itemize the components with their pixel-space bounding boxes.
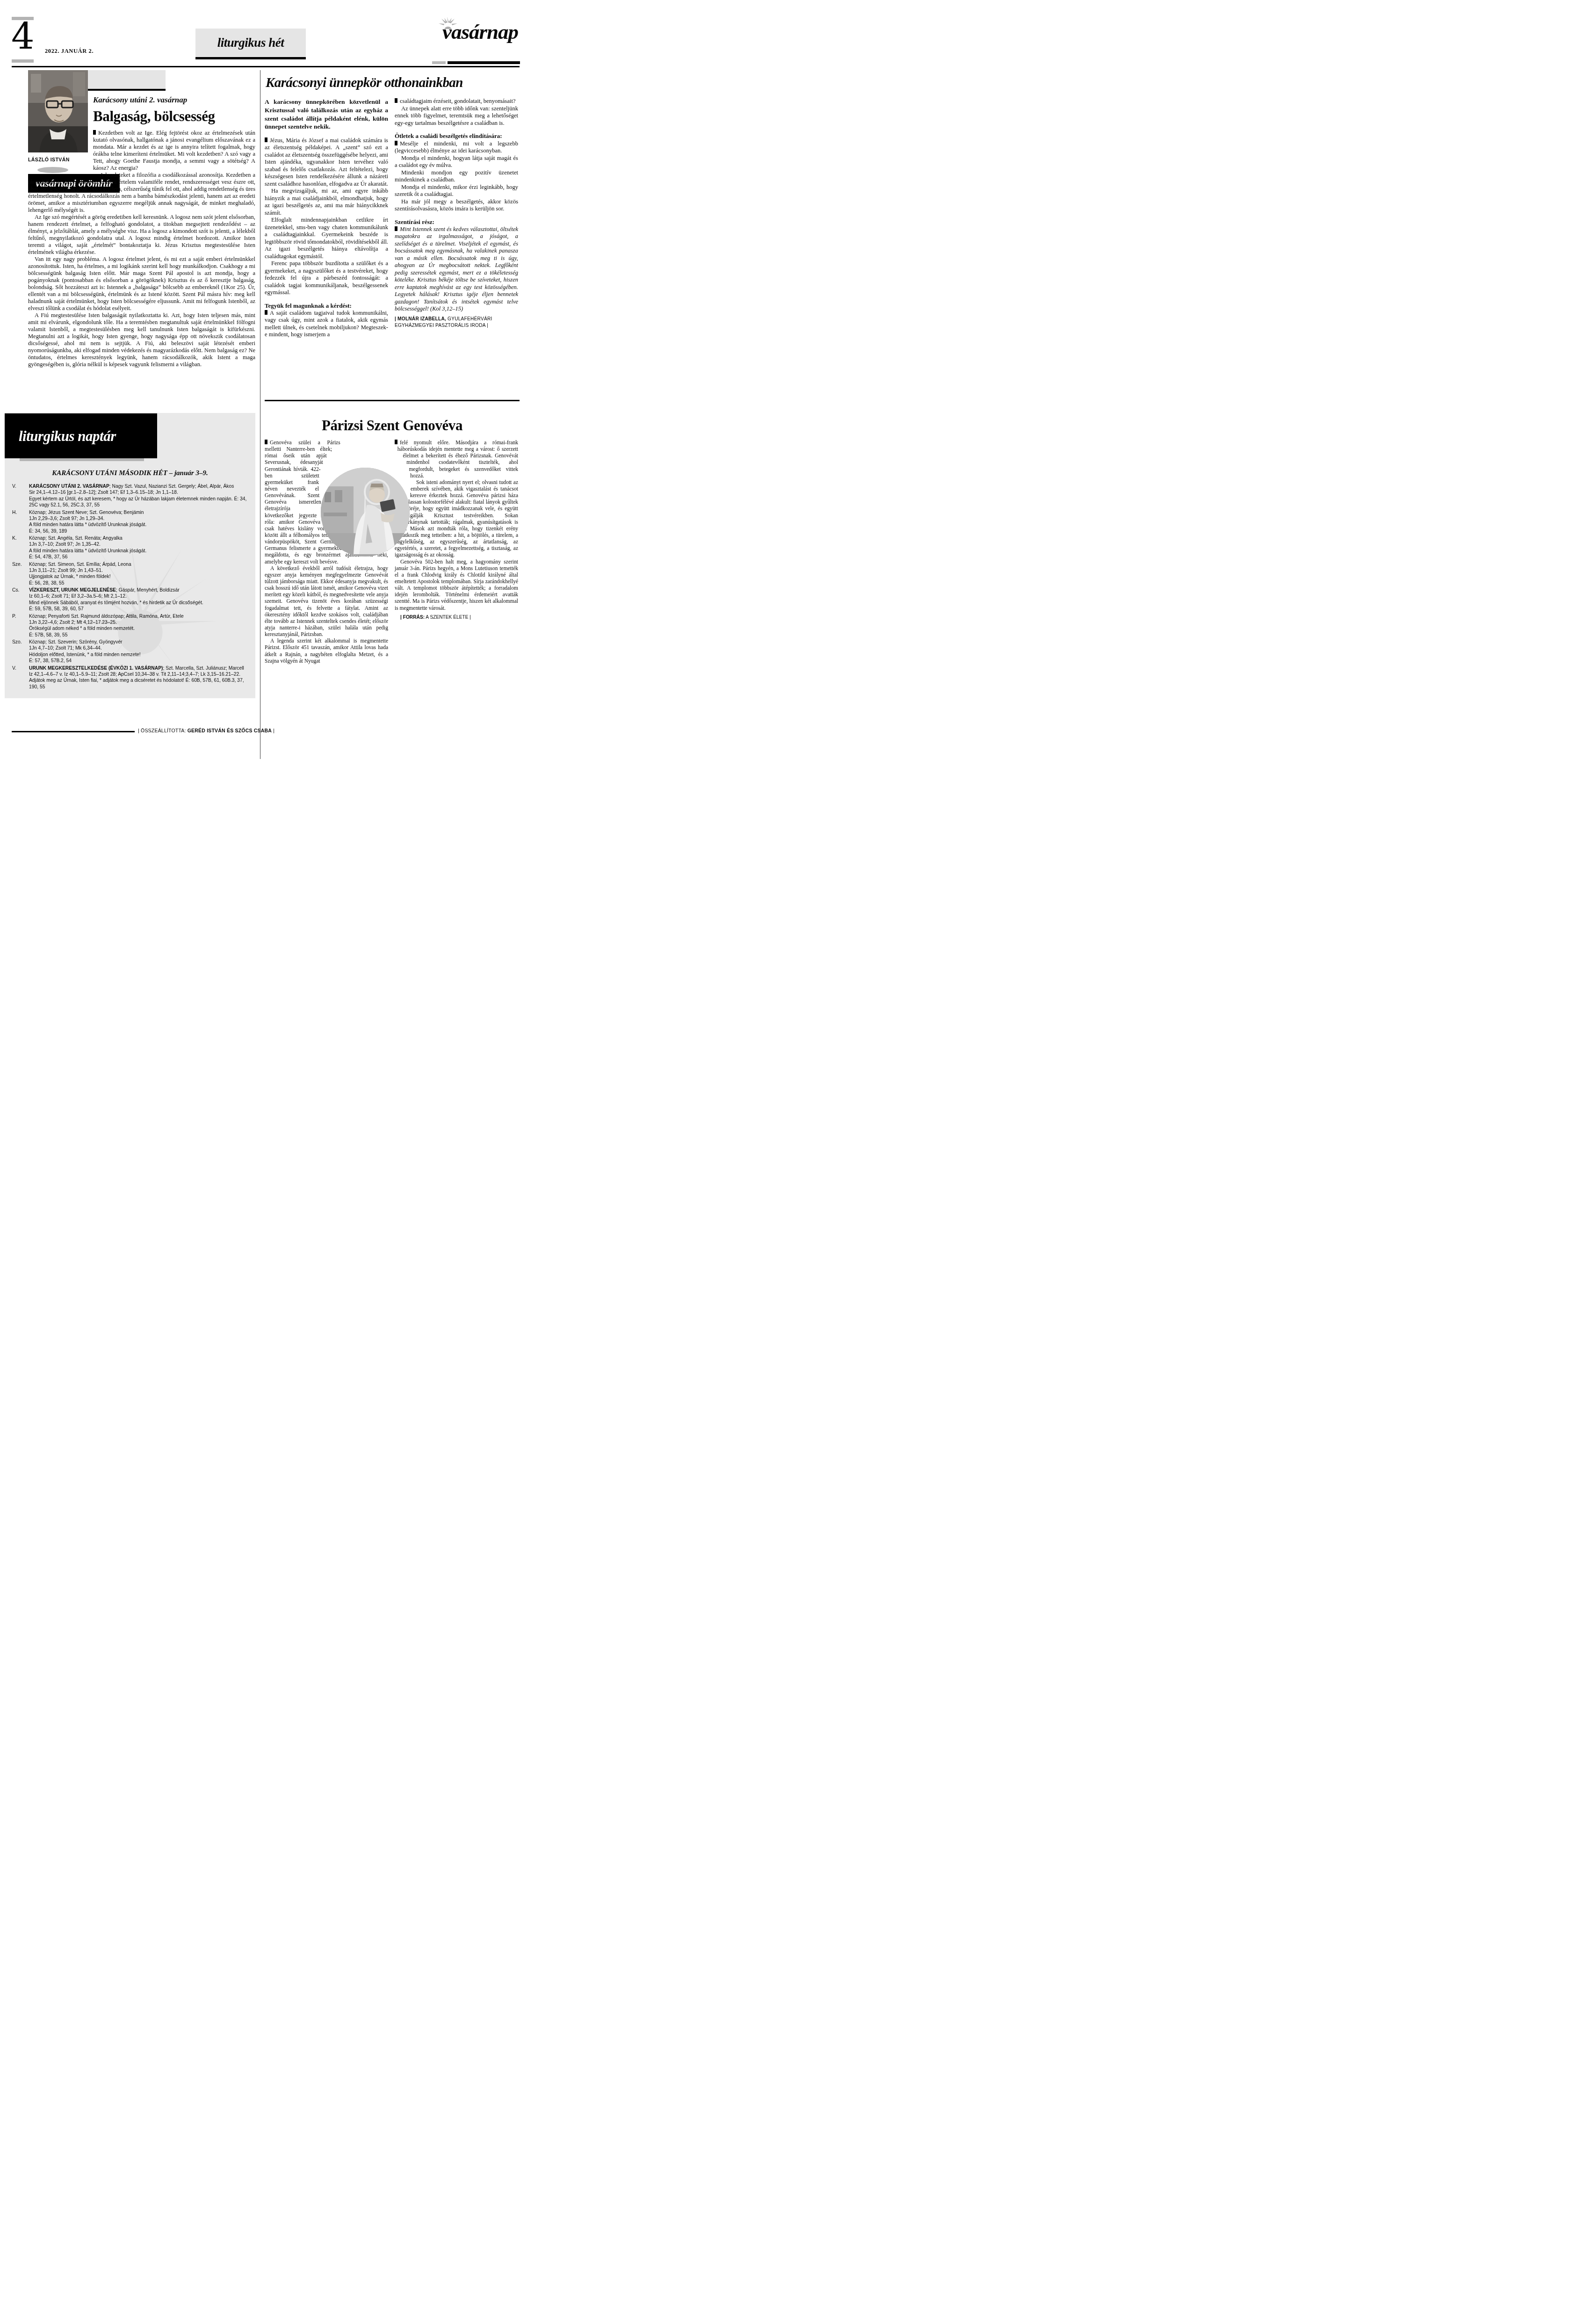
entry-line: Egyet kértem az Úrtól, és azt keresem, *… — [29, 496, 251, 509]
author-name: LÁSZLÓ ISTVÁN — [28, 158, 88, 163]
entry-line: 1Jn 4,7–10; Zsolt 71; Mk 6,34–44. — [29, 645, 251, 651]
section-title: liturgikus hét — [217, 36, 284, 49]
pagenum-bar-bottom — [12, 59, 34, 63]
entry-lines: KARÁCSONY UTÁNI 2. VASÁRNAP; Nagy Szt. V… — [29, 484, 251, 509]
entry-line: É: 54, 47B, 37, 56 — [29, 554, 251, 560]
article-rule — [265, 400, 520, 401]
liturgical-calendar: liturgikus naptár KARÁCSONY UTÁNI MÁSODI… — [5, 413, 255, 698]
entry-line: 1Jn 3,11–21; Zsolt 99; Jn 1,43–51. — [29, 568, 251, 574]
entry-line: Hódoljon előtted, Istenünk, * a föld min… — [29, 652, 251, 658]
paragraph: Mesélje el mindenki, mi volt a legszebb … — [395, 140, 518, 155]
entry-lines: Köznap; Szt. Szeverin; Szörény, Gyöngyvé… — [29, 639, 251, 665]
column-2: felé nyomult előre. Másodjára a római-fr… — [395, 440, 518, 752]
entry-line: Iz 60,1–6; Zsolt 71; Ef 3,2–3a.5–6; Mt 2… — [29, 593, 251, 600]
paragraph: Jézus, Mária és József a mai családok sz… — [265, 137, 388, 188]
paragraph: Ötletek a családi beszélgetés elindításá… — [395, 132, 518, 140]
entry-line: 1Jn 3,7–10; Zsolt 97; Jn 1,35–42. — [29, 542, 251, 548]
article-title: Karácsonyi ünnepkör otthonainkban — [266, 76, 520, 90]
calendar-entry: Sze. Köznap; Szt. Simeon, Szt. Emília; Á… — [12, 562, 251, 587]
day-abbr: H. — [12, 510, 29, 535]
paragraph: Szentírási rész: — [395, 218, 518, 226]
paragraph: A saját családom tagjaival tudok kommuni… — [265, 310, 388, 339]
week-title: KARÁCSONY UTÁNI MÁSODIK HÉT – január 3–9… — [9, 469, 251, 477]
entry-line: É: 57B, 58, 39, 55 — [29, 632, 251, 638]
entry-lines: Köznap; Szt. Simeon, Szt. Emília; Árpád,… — [29, 562, 251, 587]
paragraph: A karácsony ünnepkörében közvetlenül a K… — [265, 98, 388, 130]
entry-line: Örökségül adom néked * a föld minden nem… — [29, 626, 251, 632]
section-underline — [195, 57, 306, 59]
calendar-kicker-box: liturgikus naptár — [5, 413, 157, 458]
entry-line: Köznap; Penyaforti Szt. Rajmund áldozópa… — [29, 614, 251, 620]
day-abbr: V. — [12, 484, 29, 509]
day-abbr: Sze. — [12, 562, 29, 587]
paragraph: Ferenc papa többször buzdította a szülők… — [265, 260, 388, 296]
paragraph: A Fiú megtestesülése Isten balgaságát ny… — [28, 312, 255, 368]
entry-line: É: 34, 56, 39, 189 — [29, 528, 251, 535]
footer-rule — [12, 731, 135, 732]
calendar-entry: V. KARÁCSONY UTÁNI 2. VASÁRNAP; Nagy Szt… — [12, 484, 251, 509]
entry-line: A föld minden határa látta * üdvözítő Ur… — [29, 522, 251, 528]
calendar-entry: P. Köznap; Penyaforti Szt. Rajmund áldoz… — [12, 614, 251, 639]
calendar-entry: K. Köznap; Szt. Angéla, Szt. Renáta; Ang… — [12, 535, 251, 561]
header-rule — [12, 66, 520, 67]
article-title: Párizsi Szent Genovéva — [265, 418, 520, 433]
entry-line: Sir 24,1–4.12–16 [gr.1–2.8–12]; Zsolt 14… — [29, 490, 251, 496]
entry-lines: URUNK MEGKERESZTELKEDÉSE (ÉVKÖZI 1. VASÁ… — [29, 665, 251, 691]
entry-line: A föld minden határa látta * üdvözítő Ur… — [29, 548, 251, 554]
footer-names: GERÉD ISTVÁN ÉS SZŐCS CSABA — [188, 728, 272, 734]
article-unnepkor: Karácsonyi ünnepkör otthonainkban A kará… — [265, 70, 520, 419]
paragraph: Az ünnepek alatt erre több időnk van: sz… — [395, 105, 518, 127]
entry-line: 1Jn 3,22–4,6; Zsolt 2; Mt 4,12–17.23–25. — [29, 620, 251, 626]
entry-line: URUNK MEGKERESZTELKEDÉSE (ÉVKÖZI 1. VASÁ… — [29, 665, 251, 672]
day-abbr: V. — [12, 665, 29, 691]
paragraph: A legenda szerint két alkalommal is megm… — [265, 638, 388, 665]
decorative-blob — [37, 167, 68, 173]
entry-line: VÍZKERESZT, URUNK MEGJELENÉSE; Gáspár, M… — [29, 587, 251, 593]
article-genoveva: Párizsi Szent Genovéva Genovéva szülei a… — [265, 407, 520, 763]
paragraph: felé nyomult előre. Másodjára a római-fr… — [395, 440, 518, 479]
day-abbr: P. — [12, 614, 29, 639]
entry-line: 1Jn 2,29–3,6; Zsolt 97; Jn 1,29–34. — [29, 516, 251, 522]
author-photo-block: LÁSZLÓ ISTVÁN — [28, 70, 88, 173]
calendar-entry: Cs. VÍZKERESZT, URUNK MEGJELENÉSE; Gáspá… — [12, 587, 251, 613]
entry-lines: Köznap; Jézus Szent Neve; Szt. Genovéva;… — [29, 510, 251, 535]
calendar-entry: Szo. Köznap; Szt. Szeverin; Szörény, Gyö… — [12, 639, 251, 665]
footer-credit: | ÖSSZEÁLLÍTOTTA: GERÉD ISTVÁN ÉS SZŐCS … — [138, 728, 274, 735]
paragraph: | FORRÁS: A SZENTEK ÉLETE | — [395, 614, 518, 621]
paragraph: Mint Istennek szent és kedves választott… — [395, 226, 518, 313]
brand-underline-gray — [432, 61, 446, 64]
calendar-entry: H. Köznap; Jézus Szent Neve; Szt. Genové… — [12, 510, 251, 535]
entry-line: Adjátok meg az Úrnak, Isten fiai, * adjá… — [29, 678, 251, 690]
entry-lines: Köznap; Penyaforti Szt. Rajmund áldozópa… — [29, 614, 251, 639]
paragraph: Elfoglalt mindennapjainkban cetlikre írt… — [265, 217, 388, 260]
entry-line: Köznap; Szt. Angéla, Szt. Renáta; Angyal… — [29, 535, 251, 542]
brand-underline-black — [448, 61, 520, 64]
paragraph: Mindenki mondjon egy pozitív üzenetet mi… — [395, 169, 518, 184]
entry-lines: VÍZKERESZT, URUNK MEGJELENÉSE; Gáspár, M… — [29, 587, 251, 613]
day-abbr: K. — [12, 535, 29, 561]
column-2: családtagjaim érzéseit, gondolatait, ben… — [395, 98, 518, 419]
entry-lines: Köznap; Szt. Angéla, Szt. Renáta; Angyal… — [29, 535, 251, 561]
paragraph: Mondja el mindenki, mikor érzi leginkább… — [395, 184, 518, 198]
calendar-kicker: liturgikus naptár — [19, 429, 116, 443]
paragraph: Ha megvizsgáljuk, mi az, ami egyre inkáb… — [265, 188, 388, 217]
entry-line: Köznap; Szt. Szeverin; Szörény, Gyöngyvé… — [29, 639, 251, 645]
footer-label: | ÖSSZEÁLLÍTOTTA: — [138, 728, 188, 734]
entry-line: KARÁCSONY UTÁNI 2. VASÁRNAP; Nagy Szt. V… — [29, 484, 251, 490]
paragraph: Van itt egy nagy probléma. A logosz érte… — [28, 256, 255, 312]
paragraph: Genovéva 502-ben halt meg, a hagyomány s… — [395, 559, 518, 612]
article-oromhir: LÁSZLÓ ISTVÁN vasárnapi örömhír Karácson… — [28, 70, 255, 406]
paragraph: Sok isteni adományt nyert el; olvasni tu… — [395, 479, 518, 559]
saint-genevieve-image — [321, 468, 410, 557]
paragraph: | MOLNÁR IZABELLA, GYULAFEHÉRVÁRI EGYHÁZ… — [395, 316, 518, 330]
paragraph: Tegyük fel magunknak a kérdést: — [265, 302, 388, 310]
entry-line: Köznap; Jézus Szent Neve; Szt. Genovéva;… — [29, 510, 251, 516]
paragraph: Mondja el mindenki, hogyan látja saját m… — [395, 155, 518, 169]
author-photo — [28, 70, 88, 152]
calendar-entries: V. KARÁCSONY UTÁNI 2. VASÁRNAP; Nagy Szt… — [12, 484, 251, 690]
issue-date: 2022. JANUÁR 2. — [45, 48, 94, 55]
brand-logo: vasárnap — [442, 22, 518, 43]
entry-line: Köznap; Szt. Simeon, Szt. Emília; Árpád,… — [29, 562, 251, 568]
calendar-gray-bar — [20, 458, 144, 461]
entry-line: É: 57, 38, 57B.2, 54 — [29, 658, 251, 664]
column-divider — [260, 70, 260, 759]
paragraph: Az Ige szó megértését a görög eredetiben… — [28, 214, 255, 256]
paragraph: A következő évekből arról tudósít életra… — [265, 565, 388, 638]
entry-line: É: 59, 57B, 58, 39, 60, 57 — [29, 606, 251, 612]
day-abbr: Szo. — [12, 639, 29, 665]
section-banner: liturgikus hét — [195, 29, 306, 57]
page-number: 4 — [11, 19, 34, 55]
entry-line: É: 56, 28, 38, 55 — [29, 580, 251, 586]
paragraph: Ha már jól megy a beszélgetés, akkor köz… — [395, 198, 518, 213]
column-1: A karácsony ünnepkörében közvetlenül a K… — [265, 98, 388, 419]
entry-line: Iz 42,1–4.6–7 v. Iz 40,1–5.9–11; Zsolt 2… — [29, 672, 251, 678]
day-abbr: Cs. — [12, 587, 29, 613]
entry-line: Mind eljönnek Sábából, aranyat és tömjén… — [29, 600, 251, 606]
entry-line: Ujjongjatok az Úrnak, * minden földek! — [29, 574, 251, 580]
newspaper-page: 4 2022. JANUÁR 2. liturgikus hét vasárna… — [0, 0, 532, 773]
calendar-entry: V. URUNK MEGKERESZTELKEDÉSE (ÉVKÖZI 1. V… — [12, 665, 251, 691]
paragraph: családtagjaim érzéseit, gondolatait, ben… — [395, 98, 518, 105]
